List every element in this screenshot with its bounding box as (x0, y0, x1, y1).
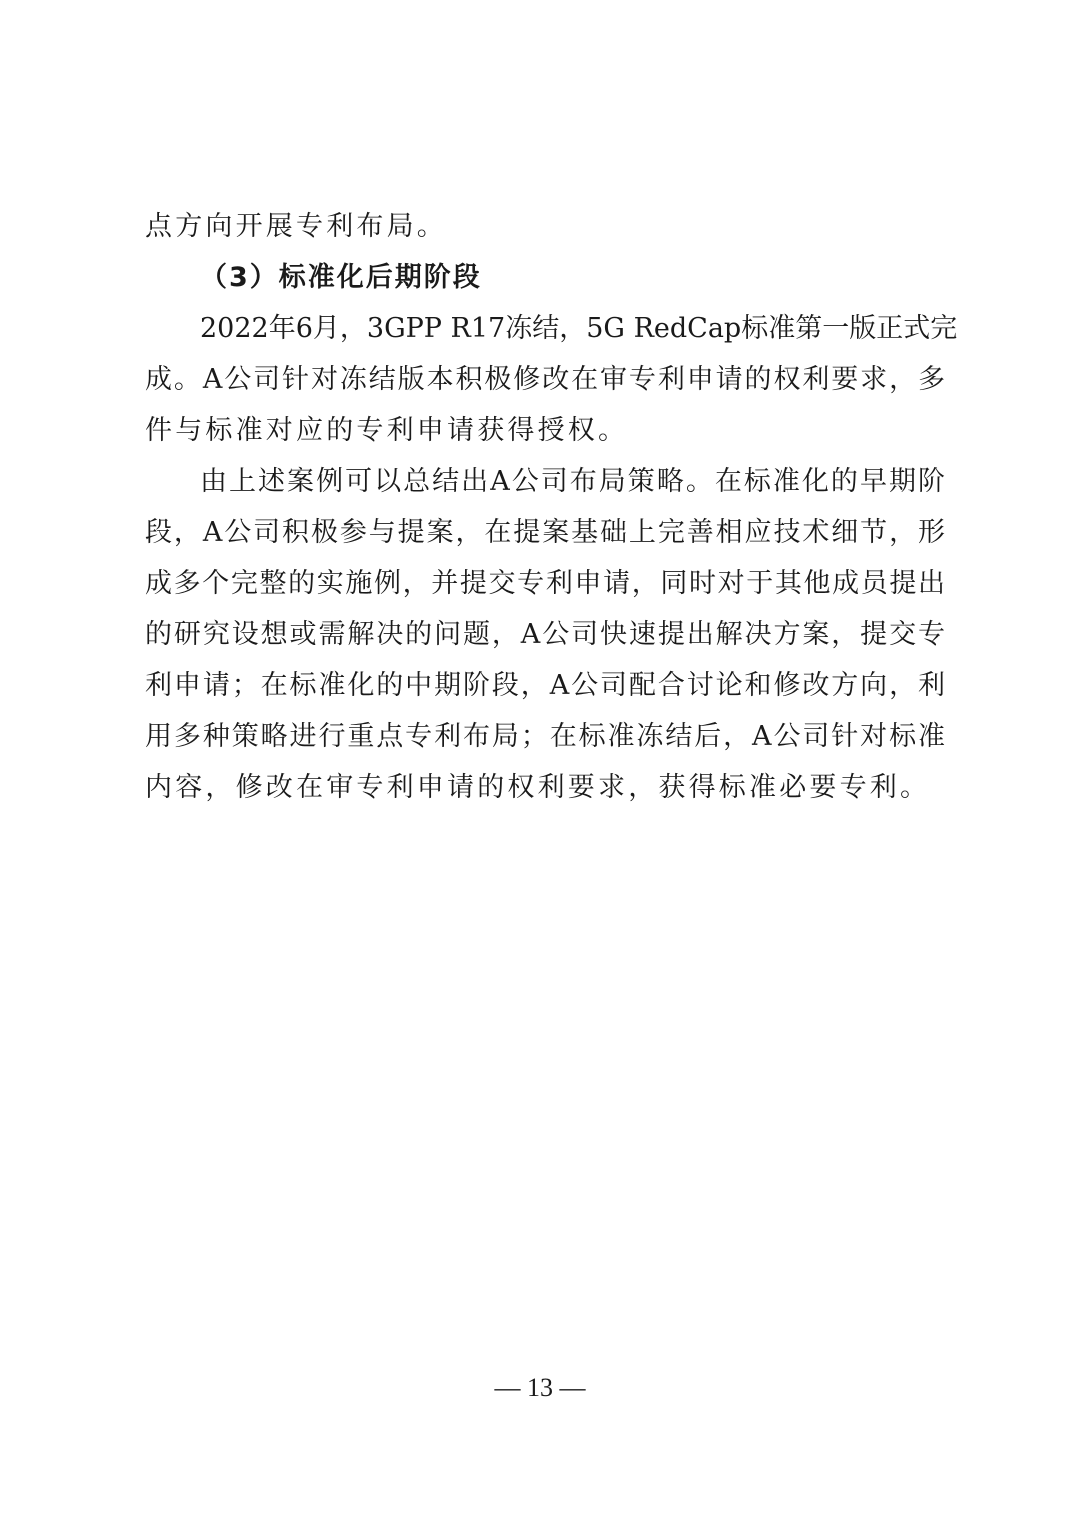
paragraph-2-line-7: 内容，修改在审专利申请的权利要求，获得标准必要专利。 (145, 768, 945, 808)
document-page: 点方向开展专利布局。 （3）标准化后期阶段 2022年6月，3GPP R17冻结… (0, 0, 1080, 1527)
paragraph-continuation-line: 点方向开展专利布局。 (145, 207, 945, 247)
paragraph-2-line-1: 由上述案例可以总结出A公司布局策略。在标准化的早期阶 (200, 462, 945, 502)
paragraph-2-line-6: 用多种策略进行重点专利布局；在标准冻结后，A公司针对标准 (145, 717, 945, 757)
paragraph-2-line-2: 段，A公司积极参与提案，在提案基础上完善相应技术细节，形 (145, 513, 945, 553)
paragraph-2-line-3: 成多个完整的实施例，并提交专利申请，同时对于其他成员提出 (145, 564, 945, 604)
section-heading: （3）标准化后期阶段 (200, 258, 945, 298)
paragraph-2-line-5: 利申请；在标准化的中期阶段，A公司配合讨论和修改方向，利 (145, 666, 945, 706)
paragraph-1-line-3: 件与标准对应的专利申请获得授权。 (145, 411, 945, 451)
paragraph-1-line-1: 2022年6月，3GPP R17冻结，5G RedCap标准第一版正式完 (200, 309, 945, 349)
paragraph-1-line-2: 成。A公司针对冻结版本积极修改在审专利申请的权利要求，多 (145, 360, 945, 400)
paragraph-2-line-4: 的研究设想或需解决的问题，A公司快速提出解决方案，提交专 (145, 615, 945, 655)
page-number: — 13 — (0, 1370, 1080, 1406)
